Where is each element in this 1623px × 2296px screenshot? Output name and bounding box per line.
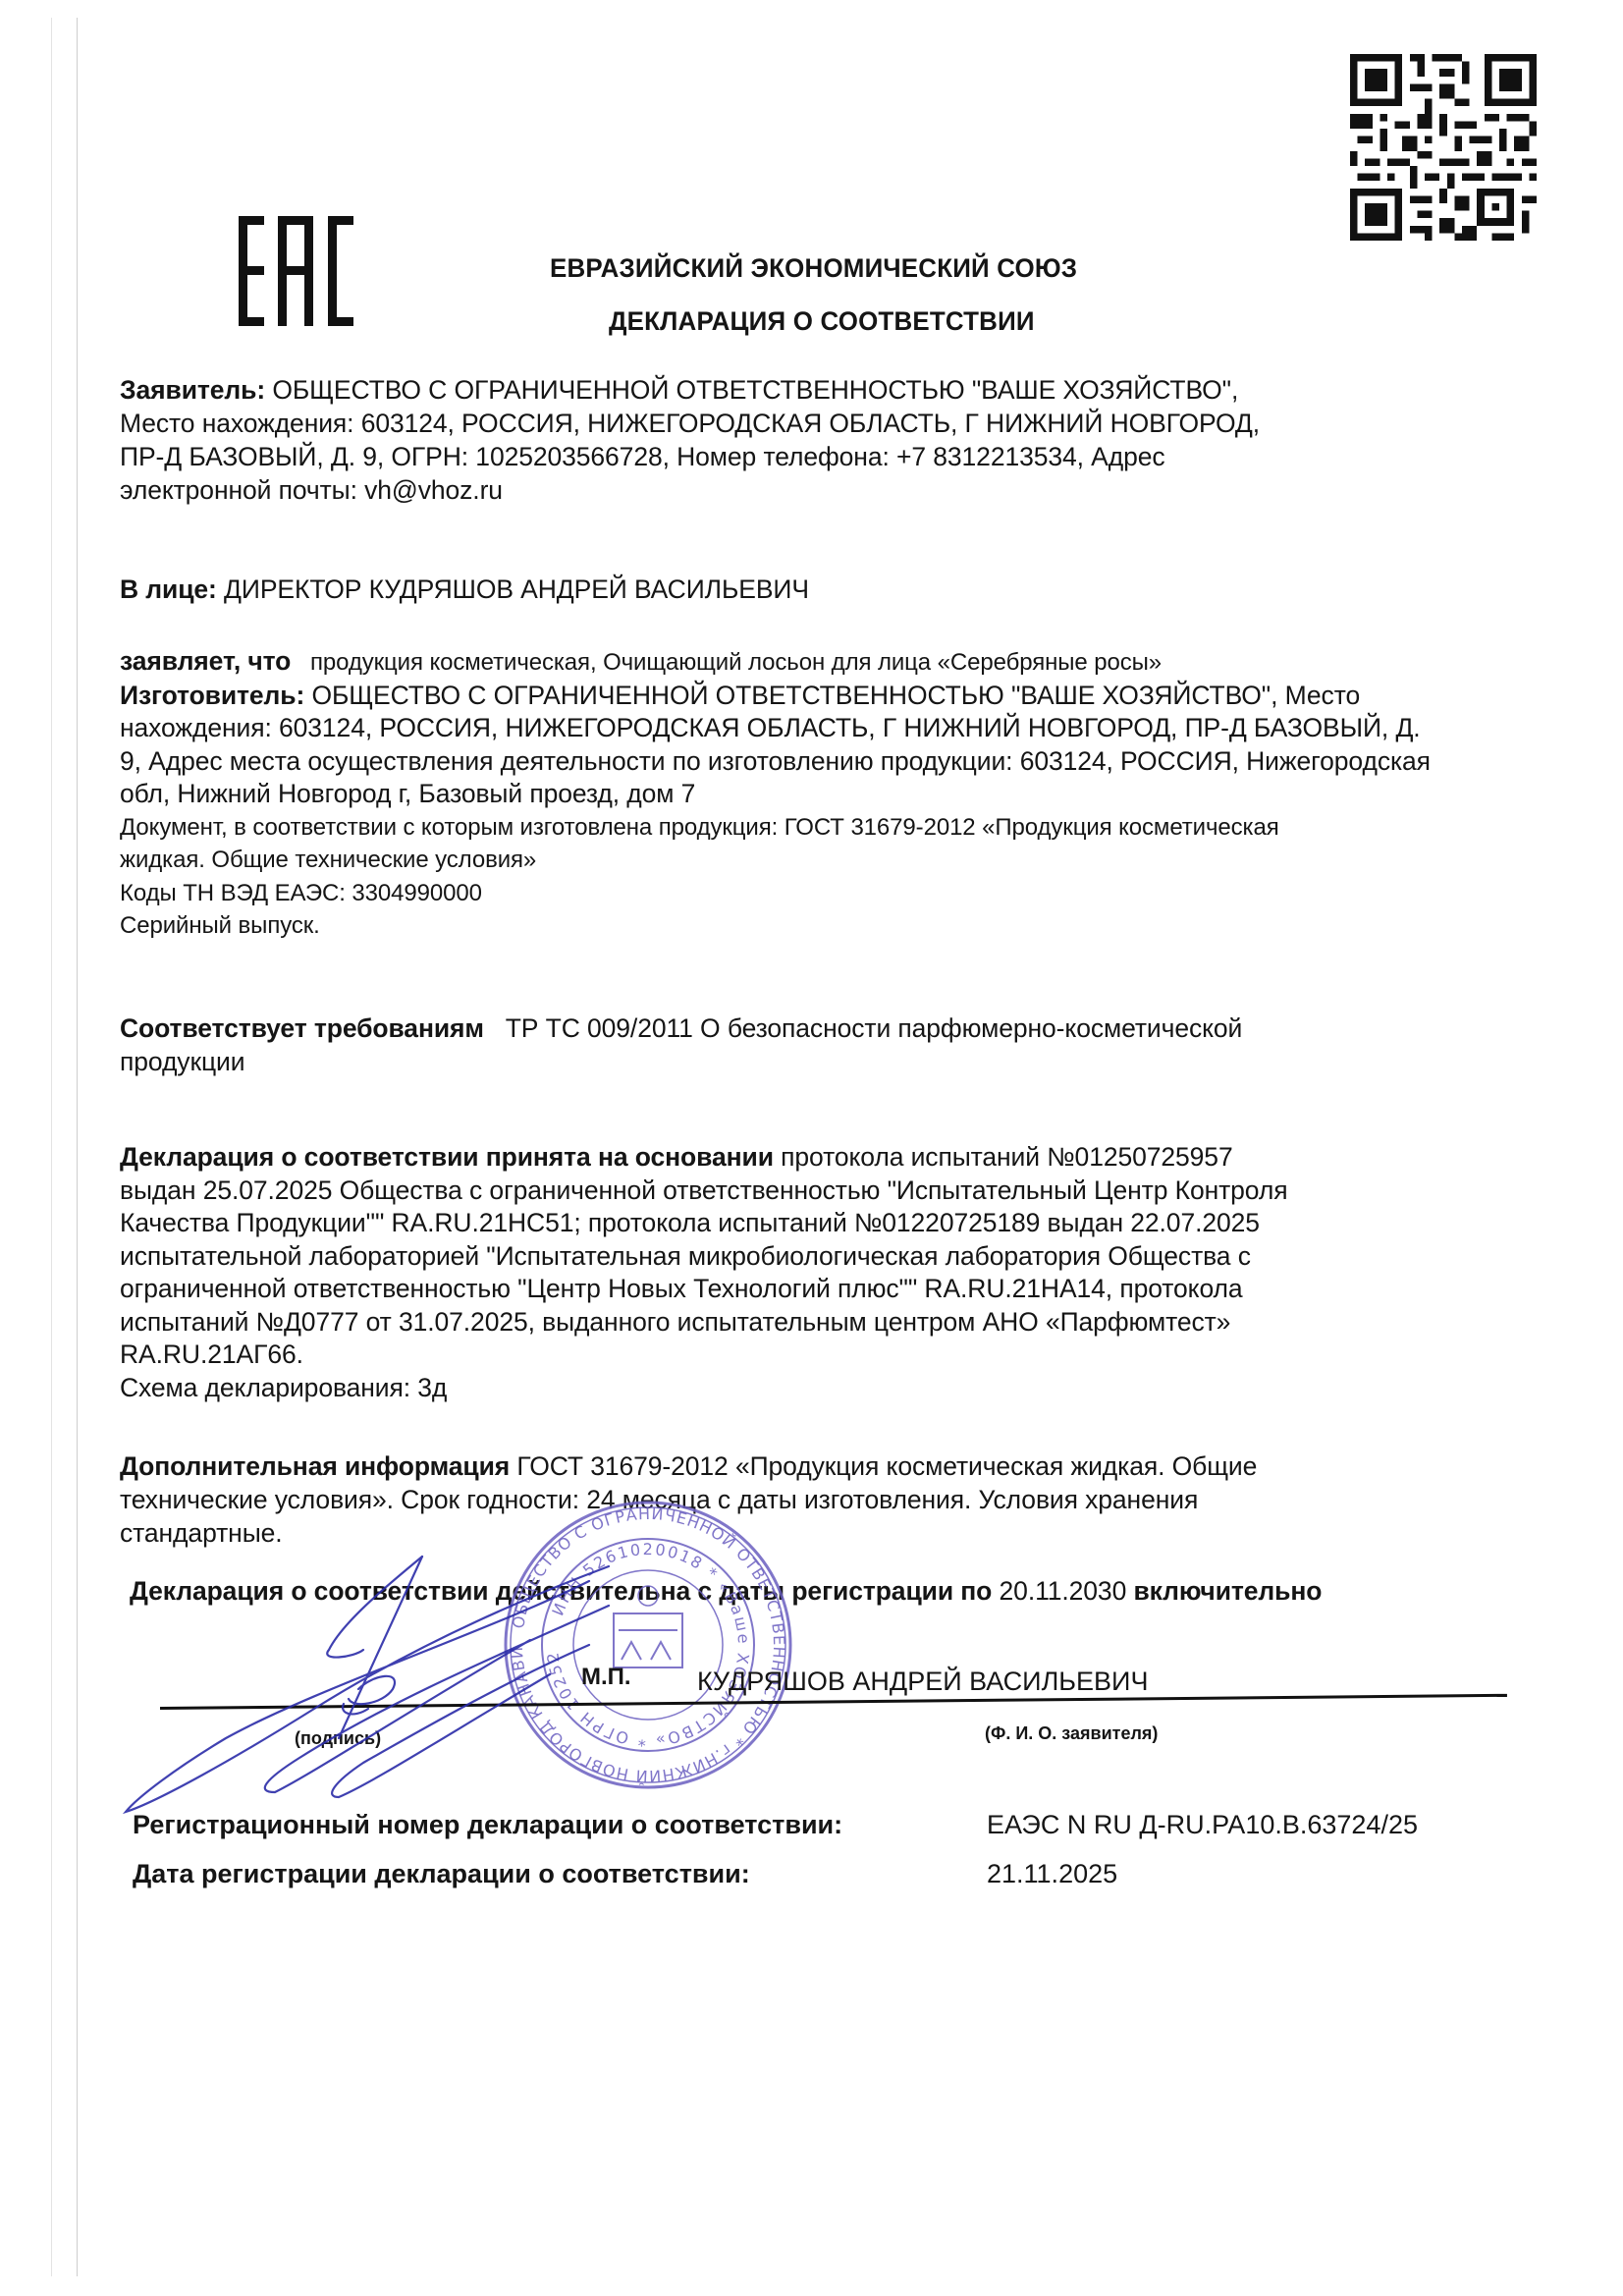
applicant-line: ОБЩЕСТВО С ОГРАНИЧЕННОЙ ОТВЕТСТВЕННОСТЬЮ… bbox=[272, 375, 1238, 405]
basis-line: испытательной лабораторией "Испытательна… bbox=[120, 1240, 1524, 1274]
additional-info-section: Дополнительная информация ГОСТ 31679-201… bbox=[120, 1449, 1524, 1550]
representative-section: В лице: ДИРЕКТОР КУДРЯШОВ АНДРЕЙ ВАСИЛЬЕ… bbox=[120, 573, 1524, 606]
additional-info-label: Дополнительная информация bbox=[120, 1451, 510, 1481]
representative-value: ДИРЕКТОР КУДРЯШОВ АНДРЕЙ ВАСИЛЬЕВИЧ bbox=[217, 574, 809, 604]
manufacturer-line: ОБЩЕСТВО С ОГРАНИЧЕННОЙ ОТВЕТСТВЕННОСТЬЮ… bbox=[304, 681, 1360, 710]
declaration-scheme: Схема декларирования: 3д bbox=[120, 1372, 1524, 1405]
registration-number-label: Регистрационный номер декларации о соотв… bbox=[133, 1810, 842, 1840]
applicant-section: Заявитель: ОБЩЕСТВО С ОГРАНИЧЕННОЙ ОТВЕТ… bbox=[120, 373, 1524, 507]
additional-info-line: технические условия». Срок годности: 24 … bbox=[120, 1483, 1524, 1516]
standard-document-line: жидкая. Общие технические условия» bbox=[120, 844, 1524, 877]
applicant-line: электронной почты: vh@vhoz.ru bbox=[120, 473, 1524, 507]
basis-line: испытаний №Д0777 от 31.07.2025, выданног… bbox=[120, 1306, 1524, 1339]
scan-edge-line bbox=[77, 18, 78, 2276]
seal-place-label: М.П. bbox=[581, 1664, 631, 1691]
basis-label: Декларация о соответствии принята на осн… bbox=[120, 1142, 774, 1172]
applicant-label: Заявитель: bbox=[120, 375, 265, 405]
release-type: Серийный выпуск. bbox=[120, 909, 1524, 943]
validity-statement: Декларация о соответствии действительна … bbox=[130, 1574, 1534, 1608]
applicant-line: ПР-Д БАЗОВЫЙ, Д. 9, ОГРН: 1025203566728,… bbox=[120, 440, 1524, 473]
validity-date: 20.11.2030 bbox=[1000, 1576, 1127, 1606]
manufacturer-line: нахождения: 603124, РОССИЯ, НИЖЕГОРОДСКА… bbox=[120, 712, 1524, 745]
manufacturer-line: обл, Нижний Новгород г, Базовый проезд, … bbox=[120, 778, 1524, 811]
basis-line: протокола испытаний №01250725957 bbox=[774, 1142, 1233, 1172]
additional-info-line: ГОСТ 31679-2012 «Продукция косметическая… bbox=[510, 1451, 1257, 1481]
manufacturer-line: 9, Адрес места осуществления деятельност… bbox=[120, 745, 1524, 779]
conformity-line: продукции bbox=[120, 1045, 1524, 1078]
declaration-section: заявляет, что продукция косметическая, О… bbox=[120, 645, 1524, 943]
basis-line: RA.RU.21АГ66. bbox=[120, 1339, 1524, 1372]
standard-document-line: Документ, в соответствии с которым изгот… bbox=[120, 811, 1524, 845]
representative-label: В лице: bbox=[120, 574, 217, 604]
conformity-section: Соответствует требованиям ТР ТС 009/2011… bbox=[120, 1011, 1524, 1078]
manufacturer-label: Изготовитель: bbox=[120, 681, 304, 710]
signatory-name: КУДРЯШОВ АНДРЕЙ ВАСИЛЬЕВИЧ bbox=[697, 1667, 1148, 1697]
declares-label: заявляет, что bbox=[120, 646, 291, 676]
registration-number-value: ЕАЭС N RU Д-RU.РА10.В.63724/25 bbox=[987, 1810, 1418, 1840]
basis-line: ограниченной ответственностью "Центр Нов… bbox=[120, 1273, 1524, 1306]
scan-edge-line bbox=[51, 18, 52, 2276]
basis-line: Качества Продукции"" RA.RU.21НС51; прото… bbox=[120, 1207, 1524, 1240]
document-title: ДЕКЛАРАЦИЯ О СООТВЕТСТВИИ bbox=[609, 306, 1035, 337]
additional-info-line: стандартные. bbox=[120, 1516, 1524, 1550]
eac-logo-icon bbox=[239, 216, 356, 326]
validity-prefix: Декларация о соответствии действительна … bbox=[130, 1576, 1000, 1606]
product-description: продукция косметическая, Очищающий лосьо… bbox=[291, 649, 1162, 676]
qr-code-icon bbox=[1350, 54, 1537, 241]
conformity-line: ТР ТС 009/2011 О безопасности парфюмерно… bbox=[484, 1013, 1242, 1043]
validity-suffix: включительно bbox=[1126, 1576, 1322, 1606]
applicant-line: Место нахождения: 603124, РОССИЯ, НИЖЕГО… bbox=[120, 407, 1524, 440]
name-caption: (Ф. И. О. заявителя) bbox=[985, 1723, 1158, 1744]
tn-ved-code: Коды ТН ВЭД ЕАЭС: 3304990000 bbox=[120, 877, 1524, 910]
registration-date-label: Дата регистрации декларации о соответств… bbox=[133, 1859, 750, 1889]
conformity-label: Соответствует требованиям bbox=[120, 1013, 484, 1043]
basis-section: Декларация о соответствии принята на осн… bbox=[120, 1141, 1524, 1404]
signature-caption: (подпись) bbox=[295, 1728, 381, 1749]
basis-line: выдан 25.07.2025 Общества с ограниченной… bbox=[120, 1175, 1524, 1208]
union-heading: ЕВРАЗИЙСКИЙ ЭКОНОМИЧЕСКИЙ СОЮЗ bbox=[550, 253, 1077, 284]
registration-date-value: 21.11.2025 bbox=[987, 1859, 1117, 1889]
